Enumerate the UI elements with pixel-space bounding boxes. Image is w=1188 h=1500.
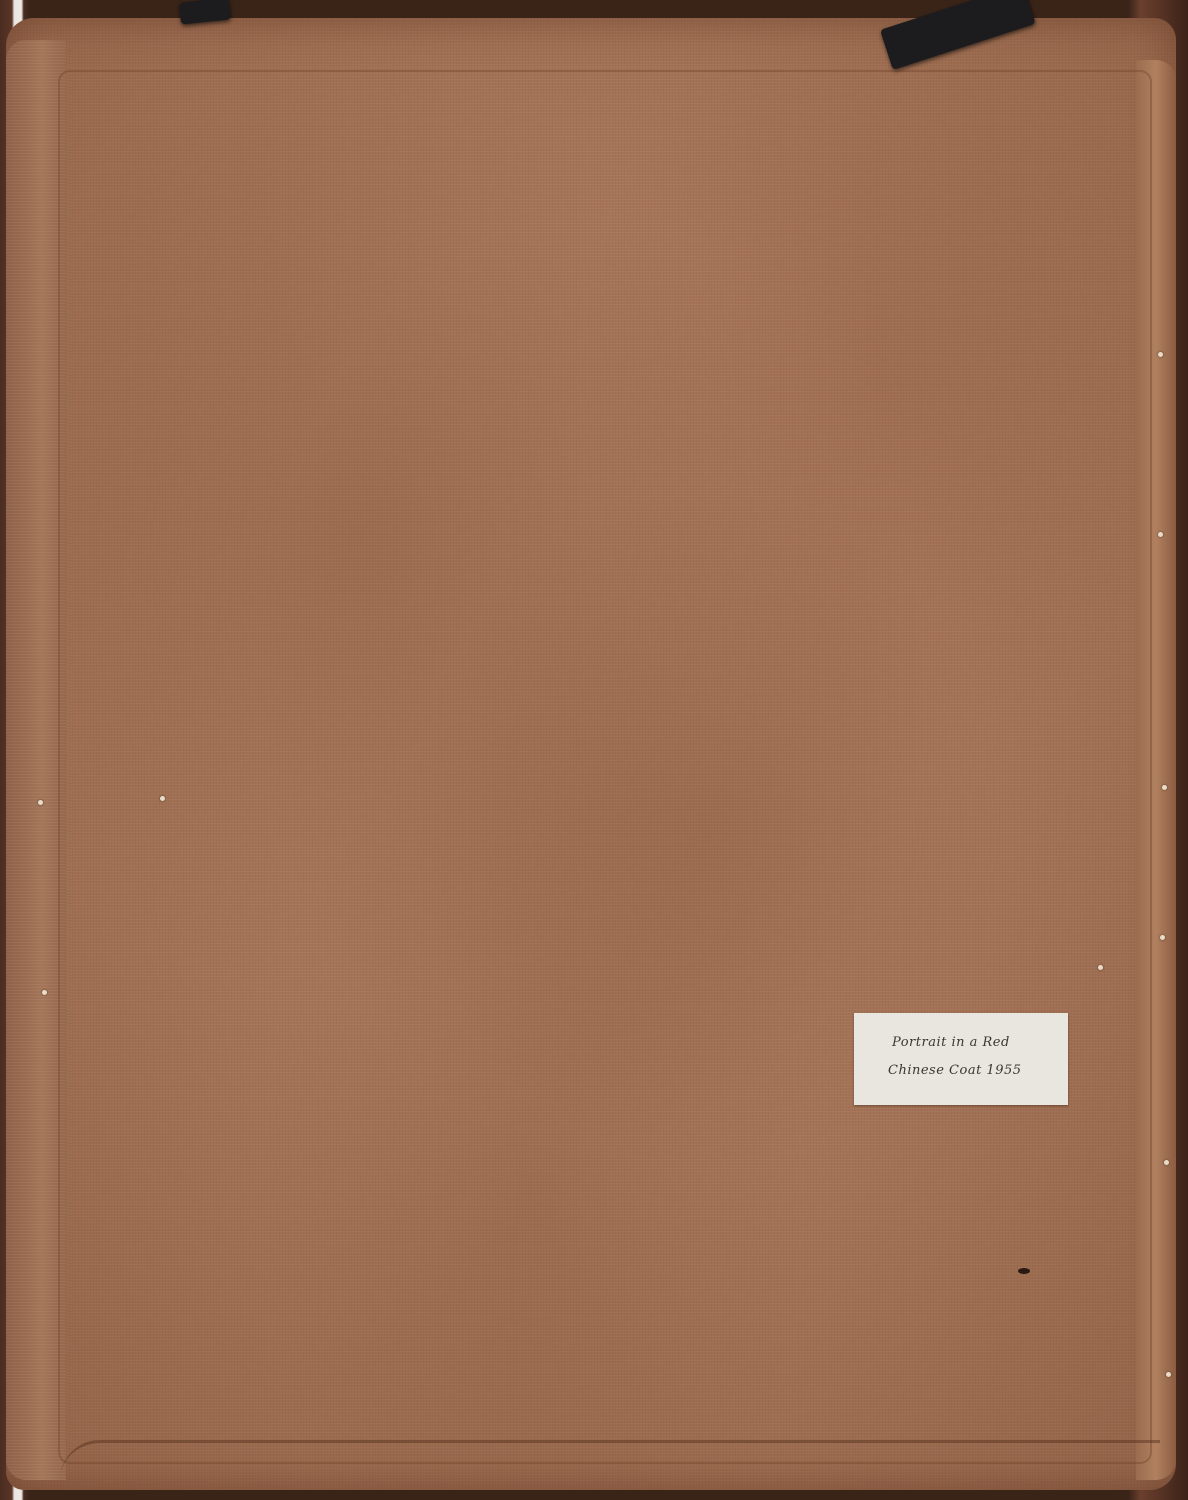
tack xyxy=(1158,352,1163,357)
frayed-bottom-edge xyxy=(60,1440,1160,1488)
tack xyxy=(160,796,165,801)
label-title: Portrait in a Red xyxy=(892,1035,1010,1050)
label-subtitle-year: Chinese Coat 1955 xyxy=(888,1063,1022,1078)
canvas-fold-left xyxy=(6,40,66,1480)
tack xyxy=(38,800,43,805)
tack xyxy=(1162,785,1167,790)
tack xyxy=(1166,1372,1171,1377)
dark-spot xyxy=(1018,1268,1030,1274)
tack xyxy=(1098,965,1103,970)
tack xyxy=(42,990,47,995)
stretcher-outline xyxy=(58,70,1152,1464)
tack xyxy=(1164,1160,1169,1165)
tack xyxy=(1158,532,1163,537)
handwritten-label: Portrait in a Red Chinese Coat 1955 xyxy=(854,1013,1068,1105)
tack xyxy=(1160,935,1165,940)
